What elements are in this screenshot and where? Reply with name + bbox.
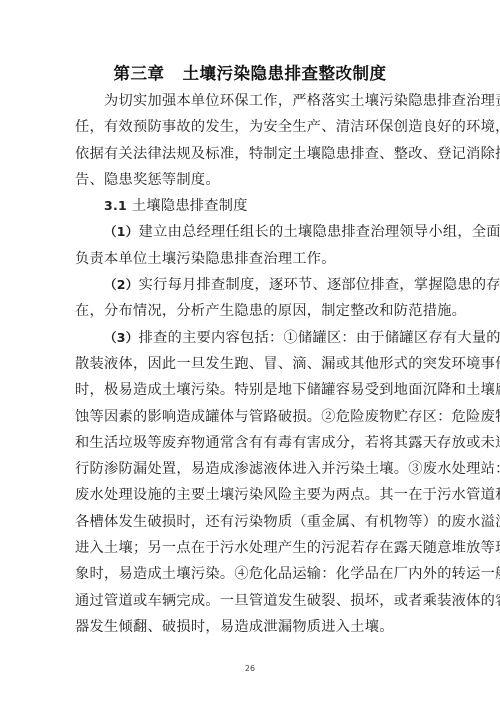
line-text: 行防渗防漏处置，易造成渗滤液体进入并污染土壤。③废水处理站： bbox=[75, 461, 500, 477]
line-text: 通过管道或车辆完成。一旦管道发生破裂、损坏，或者乘装液体的容 bbox=[75, 593, 500, 609]
document-page: 第三章土壤污染隐患排查整改制度 为切实加强本单位环保工作，严格落实土壤污染隐患排… bbox=[0, 0, 500, 707]
line-text: 任，有效预防事故的发生，为安全生产、清洁环保创造良好的环境， bbox=[75, 119, 500, 135]
line-text: 告、隐患奖惩等制度。 bbox=[75, 172, 220, 188]
paragraph-line: 各槽体发生破损时，还有污染物质（重金属、有机物等）的废水溢流 bbox=[75, 509, 433, 535]
section-heading-text: 土壤隐患排查制度 bbox=[127, 198, 248, 214]
list-number: （2） bbox=[104, 277, 139, 292]
paragraph-line: 为切实加强本单位环保工作，严格落实土壤污染隐患排查治理责 bbox=[75, 88, 433, 114]
line-text: 在，分布情况，分析产生隐患的原因，制定整改和防范措施。 bbox=[75, 303, 466, 319]
line-text: 和生活垃圾等废弃物通常含有有毒有害成分，若将其露天存放或未进 bbox=[75, 435, 500, 451]
document-body: 为切实加强本单位环保工作，严格落实土壤污染隐患排查治理责 任，有效预防事故的发生… bbox=[75, 88, 433, 640]
line-text: 进入土壤；另一点在于污水处理产生的污泥若存在露天随意堆放等现 bbox=[75, 540, 500, 556]
line-text: 建立由总经理任组长的土壤隐患排查治理领导小组，全面 bbox=[139, 224, 500, 240]
section-number: 3.1 bbox=[104, 198, 127, 213]
line-text: 各槽体发生破损时，还有污染物质（重金属、有机物等）的废水溢流 bbox=[75, 514, 500, 530]
paragraph-line: 象时，易造成土壤污染。④危化品运输：化学品在厂内外的转运一般 bbox=[75, 561, 433, 587]
line-text: 实行每月排查制度，逐环节、逐部位排查，掌握隐患的存 bbox=[139, 277, 500, 293]
paragraph-line: 散装液体，因此一旦发生跑、冒、滴、漏或其他形式的突发环境事件 bbox=[75, 351, 433, 377]
line-text: 负责本单位土壤污染隐患排查治理工作。 bbox=[75, 251, 336, 267]
list-item-line: （3）排查的主要内容包括：①储罐区：由于储罐区存有大量的 bbox=[75, 325, 433, 351]
line-text: 废水处理设施的主要土壤污染风险主要为两点。其一在于污水管道和 bbox=[75, 487, 500, 503]
paragraph-line: 通过管道或车辆完成。一旦管道发生破裂、损坏，或者乘装液体的容 bbox=[75, 588, 433, 614]
list-number: （1） bbox=[104, 224, 139, 239]
line-text: 为切实加强本单位环保工作，严格落实土壤污染隐患排查治理责 bbox=[104, 93, 500, 109]
paragraph-line: 器发生倾翻、破损时，易造成泄漏物质进入土壤。 bbox=[75, 614, 433, 640]
list-item-line: （1）建立由总经理任组长的土壤隐患排查治理领导小组，全面 bbox=[75, 219, 433, 245]
section-heading: 3.1 土壤隐患排查制度 bbox=[75, 193, 433, 219]
paragraph-line: 负责本单位土壤污染隐患排查治理工作。 bbox=[75, 246, 433, 272]
paragraph-line: 废水处理设施的主要土壤污染风险主要为两点。其一在于污水管道和 bbox=[75, 482, 433, 508]
line-text: 散装液体，因此一旦发生跑、冒、滴、漏或其他形式的突发环境事件 bbox=[75, 356, 500, 372]
paragraph-line: 进入土壤；另一点在于污水处理产生的污泥若存在露天随意堆放等现 bbox=[75, 535, 433, 561]
paragraph-line: 依据有关法律法规及标准，特制定土壤隐患排查、整改、登记消除报 bbox=[75, 141, 433, 167]
paragraph-line: 告、隐患奖惩等制度。 bbox=[75, 167, 433, 193]
paragraph-line: 任，有效预防事故的发生，为安全生产、清洁环保创造良好的环境， bbox=[75, 114, 433, 140]
line-text: 蚀等因素的影响造成罐体与管路破损。②危险废物贮存区：危险废物 bbox=[75, 409, 500, 425]
paragraph-line: 时，极易造成土壤污染。特别是地下储罐容易受到地面沉降和土壤腐 bbox=[75, 377, 433, 403]
line-text: 排查的主要内容包括：①储罐区：由于储罐区存有大量的 bbox=[139, 330, 500, 346]
paragraph-line: 和生活垃圾等废弃物通常含有有毒有害成分，若将其露天存放或未进 bbox=[75, 430, 433, 456]
page-number: 26 bbox=[0, 664, 500, 673]
line-text: 依据有关法律法规及标准，特制定土壤隐患排查、整改、登记消除报 bbox=[75, 146, 500, 162]
line-text: 时，极易造成土壤污染。特别是地下储罐容易受到地面沉降和土壤腐 bbox=[75, 382, 500, 398]
paragraph-line: 行防渗防漏处置，易造成渗滤液体进入并污染土壤。③废水处理站： bbox=[75, 456, 433, 482]
chapter-title: 第三章土壤污染隐患排查整改制度 bbox=[0, 63, 500, 85]
line-text: 象时，易造成土壤污染。④危化品运输：化学品在厂内外的转运一般 bbox=[75, 566, 500, 582]
list-item-line: （2）实行每月排查制度，逐环节、逐部位排查，掌握隐患的存 bbox=[75, 272, 433, 298]
list-number: （3） bbox=[104, 330, 139, 345]
line-text: 器发生倾翻、破损时，易造成泄漏物质进入土壤。 bbox=[75, 619, 394, 635]
chapter-number: 第三章 bbox=[114, 64, 165, 83]
chapter-heading: 土壤污染隐患排查整改制度 bbox=[183, 64, 387, 83]
paragraph-line: 在，分布情况，分析产生隐患的原因，制定整改和防范措施。 bbox=[75, 298, 433, 324]
paragraph-line: 蚀等因素的影响造成罐体与管路破损。②危险废物贮存区：危险废物 bbox=[75, 404, 433, 430]
